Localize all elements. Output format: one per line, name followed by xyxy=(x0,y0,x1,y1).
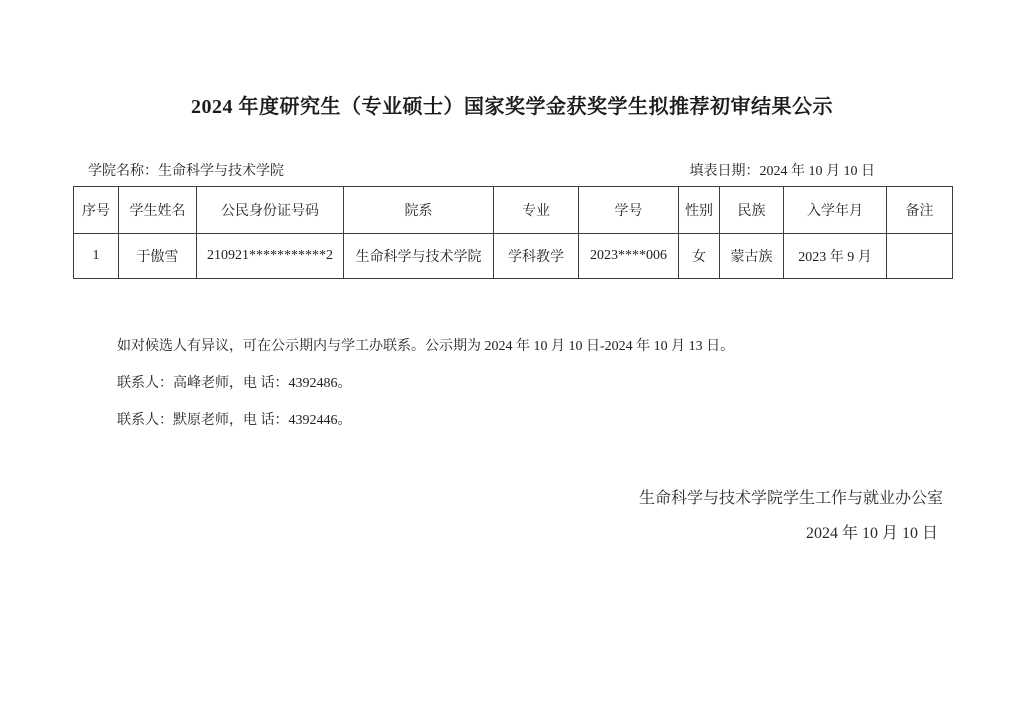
table-header-cell: 序号 xyxy=(74,187,119,234)
table-header-row: 序号学生姓名公民身份证号码院系专业学号性别民族入学年月备注 xyxy=(74,187,953,234)
table-cell: 于傲雪 xyxy=(119,234,197,279)
table-header-cell: 专业 xyxy=(494,187,579,234)
table-cell: 210921***********2 xyxy=(197,234,344,279)
table-cell: 女 xyxy=(679,234,720,279)
notes-block: 如对候选人有异议，可在公示期内与学工办联系。公示期为 2024 年 10 月 1… xyxy=(117,335,837,446)
note-contact-1: 联系人：高峰老师，电 话：4392486。 xyxy=(117,372,837,392)
table-cell: 蒙古族 xyxy=(720,234,784,279)
results-table: 序号学生姓名公民身份证号码院系专业学号性别民族入学年月备注 1于傲雪210921… xyxy=(73,186,953,279)
note-contact-2: 联系人：默原老师，电 话：4392446。 xyxy=(117,409,837,429)
table-header-cell: 学生姓名 xyxy=(119,187,197,234)
table-header-cell: 学号 xyxy=(579,187,679,234)
table-cell: 生命科学与技术学院 xyxy=(344,234,494,279)
document-title: 2024 年度研究生（专业硕士）国家奖学金获奖学生拟推荐初审结果公示 xyxy=(0,90,1024,119)
table-cell xyxy=(887,234,953,279)
document-page: 2024 年度研究生（专业硕士）国家奖学金获奖学生拟推荐初审结果公示 学院名称：… xyxy=(0,0,1024,723)
signature-date: 2024 年 10 月 10 日 xyxy=(806,520,938,543)
table-cell: 2023 年 9 月 xyxy=(784,234,887,279)
signature-office: 生命科学与技术学院学生工作与就业办公室 xyxy=(639,485,943,508)
table-header-cell: 公民身份证号码 xyxy=(197,187,344,234)
table-header-cell: 民族 xyxy=(720,187,784,234)
table-header-cell: 性别 xyxy=(679,187,720,234)
table-cell: 1 xyxy=(74,234,119,279)
table-header-cell: 入学年月 xyxy=(784,187,887,234)
meta-line: 学院名称：生命科学与技术学院 填表日期：2024 年 10 月 10 日 xyxy=(88,160,875,180)
table-body: 1于傲雪210921***********2生命科学与技术学院学科教学2023*… xyxy=(74,234,953,279)
table-row: 1于傲雪210921***********2生命科学与技术学院学科教学2023*… xyxy=(74,234,953,279)
table-cell: 2023****006 xyxy=(579,234,679,279)
fill-date-label: 填表日期：2024 年 10 月 10 日 xyxy=(690,160,876,180)
note-objection: 如对候选人有异议，可在公示期内与学工办联系。公示期为 2024 年 10 月 1… xyxy=(117,335,837,355)
table-header-cell: 备注 xyxy=(887,187,953,234)
table-head: 序号学生姓名公民身份证号码院系专业学号性别民族入学年月备注 xyxy=(74,187,953,234)
college-name-label: 学院名称：生命科学与技术学院 xyxy=(88,160,284,180)
table-header-cell: 院系 xyxy=(344,187,494,234)
table-cell: 学科教学 xyxy=(494,234,579,279)
